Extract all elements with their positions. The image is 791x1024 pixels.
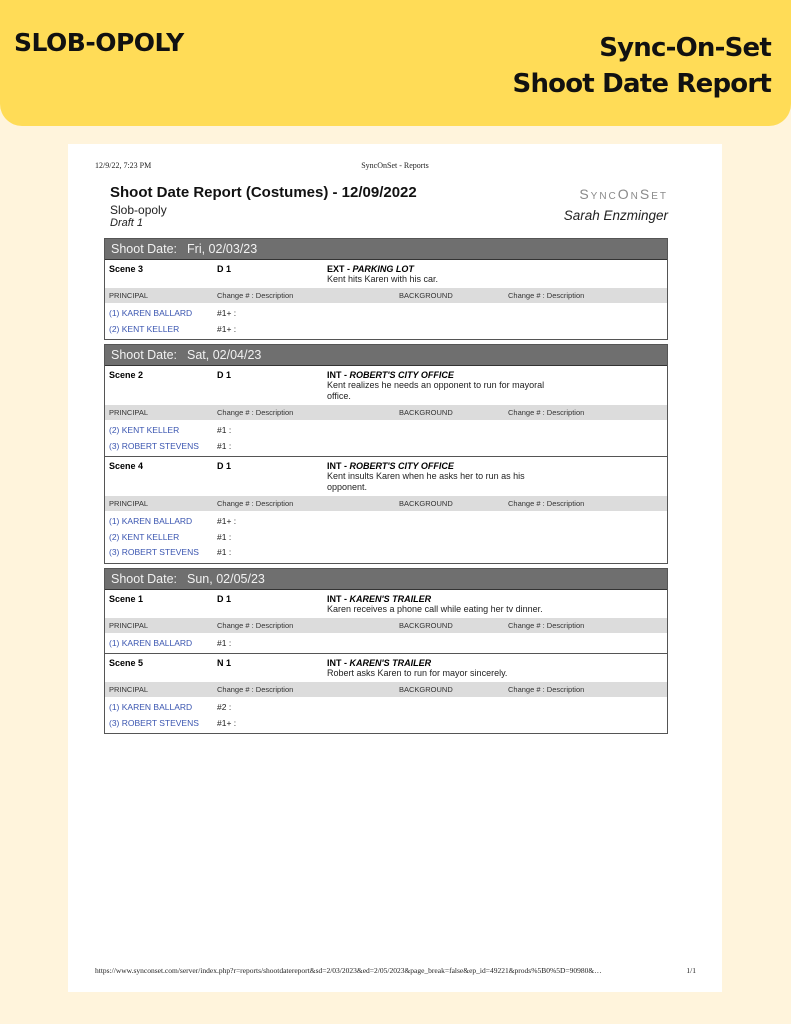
col-background: BACKGROUND — [399, 288, 508, 303]
scene-set: INT - ROBERT'S CITY OFFICEKent realizes … — [327, 370, 567, 402]
scene-entry: Scene 1D 1INT - KAREN'S TRAILERKaren rec… — [105, 590, 667, 655]
cast-row: (2) KENT KELLER#1+ : — [109, 322, 667, 338]
cast-row: (2) KENT KELLER#1 : — [109, 530, 667, 546]
col-background: BACKGROUND — [399, 496, 508, 511]
col-principal: PRINCIPAL — [109, 405, 217, 420]
col-background: BACKGROUND — [399, 405, 508, 420]
shoot-date-label: Shoot Date: — [111, 572, 177, 586]
scene-entry: Scene 3D 1EXT - PARKING LOTKent hits Kar… — [105, 260, 667, 339]
scene-day-night: D 1 — [217, 264, 327, 285]
cast-row: (1) KAREN BALLARD#1 : — [109, 636, 667, 652]
scene-set: INT - ROBERT'S CITY OFFICEKent insults K… — [327, 461, 567, 493]
scene-summary: Scene 1D 1INT - KAREN'S TRAILERKaren rec… — [105, 590, 667, 618]
cast-member-link[interactable]: (1) KAREN BALLARD — [109, 306, 217, 322]
synconset-logo: SyncOnSet — [579, 186, 668, 202]
cast-list: (1) KAREN BALLARD#1+ :(2) KENT KELLER#1 … — [105, 511, 667, 563]
col-background-change-description: Change # : Description — [508, 618, 628, 633]
app-name: Sync-On-Set — [513, 30, 771, 66]
cast-row: (2) KENT KELLER#1 : — [109, 423, 667, 439]
col-background-change-description: Change # : Description — [508, 288, 628, 303]
col-change-description: Change # : Description — [217, 682, 399, 697]
cast-row: (1) KAREN BALLARD#2 : — [109, 700, 667, 716]
col-background-change-description: Change # : Description — [508, 682, 628, 697]
cast-column-headers: PRINCIPALChange # : DescriptionBACKGROUN… — [105, 288, 667, 303]
scene-summary: Scene 5N 1INT - KAREN'S TRAILERRobert as… — [105, 654, 667, 682]
cast-column-headers: PRINCIPALChange # : DescriptionBACKGROUN… — [105, 682, 667, 697]
scene-set: EXT - PARKING LOTKent hits Karen with hi… — [327, 264, 567, 285]
shoot-date-block: Shoot Date:Sun, 02/05/23Scene 1D 1INT - … — [104, 568, 668, 735]
cast-row: (1) KAREN BALLARD#1+ : — [109, 306, 667, 322]
cast-list: (2) KENT KELLER#1 :(3) ROBERT STEVENS#1 … — [105, 420, 667, 456]
scene-entry: Scene 5N 1INT - KAREN'S TRAILERRobert as… — [105, 654, 667, 733]
cast-list: (1) KAREN BALLARD#1 : — [105, 633, 667, 654]
shoot-date-list: Shoot Date:Fri, 02/03/23Scene 3D 1EXT - … — [104, 238, 668, 738]
shoot-date-header: Shoot Date:Sun, 02/05/23 — [105, 569, 667, 590]
shoot-date-value: Fri, 02/03/23 — [187, 242, 257, 256]
scene-number: Scene 1 — [109, 594, 217, 615]
cast-change: #1+ : — [217, 514, 236, 530]
scene-number: Scene 2 — [109, 370, 217, 402]
scene-day-night: D 1 — [217, 594, 327, 615]
shoot-date-value: Sun, 02/05/23 — [187, 572, 265, 586]
scene-summary: Scene 4D 1INT - ROBERT'S CITY OFFICEKent… — [105, 457, 667, 496]
scene-setting: INT - KAREN'S TRAILER — [327, 658, 567, 668]
cast-change: #1+ : — [217, 716, 236, 732]
col-change-description: Change # : Description — [217, 405, 399, 420]
scene-location: KAREN'S TRAILER — [350, 658, 432, 668]
report-heading: Shoot Date Report (Costumes) - 12/09/202… — [110, 184, 668, 229]
col-principal: PRINCIPAL — [109, 618, 217, 633]
cast-column-headers: PRINCIPALChange # : DescriptionBACKGROUN… — [105, 496, 667, 511]
scene-number: Scene 3 — [109, 264, 217, 285]
banner-subtitle: Sync-On-Set Shoot Date Report — [513, 30, 771, 102]
cast-list: (1) KAREN BALLARD#1+ :(2) KENT KELLER#1+… — [105, 303, 667, 339]
scene-int-ext: INT - — [327, 370, 350, 380]
scene-description: Karen receives a phone call while eating… — [327, 604, 567, 615]
cast-member-link[interactable]: (1) KAREN BALLARD — [109, 636, 217, 652]
col-change-description: Change # : Description — [217, 288, 399, 303]
page-number: 1/1 — [686, 966, 696, 975]
print-footer: https://www.synconset.com/server/index.p… — [95, 966, 696, 975]
cast-change: #1 : — [217, 439, 231, 455]
cast-change: #1 : — [217, 545, 231, 561]
cast-column-headers: PRINCIPALChange # : DescriptionBACKGROUN… — [105, 618, 667, 633]
cast-member-link[interactable]: (2) KENT KELLER — [109, 530, 217, 546]
scene-day-night: N 1 — [217, 658, 327, 679]
scene-description: Kent realizes he needs an opponent to ru… — [327, 380, 567, 402]
col-principal: PRINCIPAL — [109, 288, 217, 303]
col-principal: PRINCIPAL — [109, 496, 217, 511]
cast-change: #1+ : — [217, 322, 236, 338]
cast-member-link[interactable]: (1) KAREN BALLARD — [109, 700, 217, 716]
cast-member-link[interactable]: (3) ROBERT STEVENS — [109, 439, 217, 455]
scene-location: ROBERT'S CITY OFFICE — [350, 370, 454, 380]
col-background-change-description: Change # : Description — [508, 405, 628, 420]
scene-setting: EXT - PARKING LOT — [327, 264, 567, 274]
col-background: BACKGROUND — [399, 682, 508, 697]
cast-row: (3) ROBERT STEVENS#1+ : — [109, 716, 667, 732]
print-title: SyncOnSet - Reports — [95, 161, 695, 170]
cast-change: #1 : — [217, 423, 231, 439]
report-page: 12/9/22, 7:23 PM SyncOnSet - Reports Sho… — [68, 144, 722, 992]
scene-number: Scene 4 — [109, 461, 217, 493]
scene-location: PARKING LOT — [353, 264, 414, 274]
shoot-date-value: Sat, 02/04/23 — [187, 348, 261, 362]
cast-change: #2 : — [217, 700, 231, 716]
scene-set: INT - KAREN'S TRAILERKaren receives a ph… — [327, 594, 567, 615]
scene-summary: Scene 2D 1INT - ROBERT'S CITY OFFICEKent… — [105, 366, 667, 405]
shoot-date-block: Shoot Date:Sat, 02/04/23Scene 2D 1INT - … — [104, 344, 668, 564]
scene-number: Scene 5 — [109, 658, 217, 679]
cast-member-link[interactable]: (3) ROBERT STEVENS — [109, 716, 217, 732]
col-change-description: Change # : Description — [217, 618, 399, 633]
cast-change: #1+ : — [217, 306, 236, 322]
cast-member-link[interactable]: (2) KENT KELLER — [109, 423, 217, 439]
scene-int-ext: INT - — [327, 461, 350, 471]
cast-column-headers: PRINCIPALChange # : DescriptionBACKGROUN… — [105, 405, 667, 420]
scene-summary: Scene 3D 1EXT - PARKING LOTKent hits Kar… — [105, 260, 667, 288]
col-background-change-description: Change # : Description — [508, 496, 628, 511]
scene-entry: Scene 4D 1INT - ROBERT'S CITY OFFICEKent… — [105, 457, 667, 563]
scene-setting: INT - ROBERT'S CITY OFFICE — [327, 461, 567, 471]
cast-row: (3) ROBERT STEVENS#1 : — [109, 545, 667, 561]
col-background: BACKGROUND — [399, 618, 508, 633]
scene-description: Robert asks Karen to run for mayor since… — [327, 668, 567, 679]
print-url: https://www.synconset.com/server/index.p… — [95, 966, 602, 975]
scene-int-ext: INT - — [327, 594, 350, 604]
print-header: 12/9/22, 7:23 PM SyncOnSet - Reports — [95, 161, 695, 170]
shoot-date-block: Shoot Date:Fri, 02/03/23Scene 3D 1EXT - … — [104, 238, 668, 340]
scene-entry: Scene 2D 1INT - ROBERT'S CITY OFFICEKent… — [105, 366, 667, 457]
cast-row: (1) KAREN BALLARD#1+ : — [109, 514, 667, 530]
scene-setting: INT - ROBERT'S CITY OFFICE — [327, 370, 567, 380]
cast-change: #1 : — [217, 530, 231, 546]
production-title: SLOB-OPOLY — [14, 28, 184, 57]
cast-row: (3) ROBERT STEVENS#1 : — [109, 439, 667, 455]
scene-day-night: D 1 — [217, 370, 327, 402]
scene-int-ext: INT - — [327, 658, 350, 668]
cast-member-link[interactable]: (2) KENT KELLER — [109, 322, 217, 338]
col-change-description: Change # : Description — [217, 496, 399, 511]
scene-int-ext: EXT - — [327, 264, 353, 274]
cast-member-link[interactable]: (1) KAREN BALLARD — [109, 514, 217, 530]
report-author: Sarah Enzminger — [564, 208, 668, 223]
scene-set: INT - KAREN'S TRAILERRobert asks Karen t… — [327, 658, 567, 679]
banner: SLOB-OPOLY Sync-On-Set Shoot Date Report — [0, 0, 791, 126]
shoot-date-label: Shoot Date: — [111, 242, 177, 256]
shoot-date-label: Shoot Date: — [111, 348, 177, 362]
cast-list: (1) KAREN BALLARD#2 :(3) ROBERT STEVENS#… — [105, 697, 667, 733]
scene-description: Kent insults Karen when he asks her to r… — [327, 471, 567, 493]
scene-location: KAREN'S TRAILER — [350, 594, 432, 604]
shoot-date-header: Shoot Date:Sat, 02/04/23 — [105, 345, 667, 366]
scene-day-night: D 1 — [217, 461, 327, 493]
col-principal: PRINCIPAL — [109, 682, 217, 697]
scene-location: ROBERT'S CITY OFFICE — [350, 461, 454, 471]
scene-description: Kent hits Karen with his car. — [327, 274, 567, 285]
cast-change: #1 : — [217, 636, 231, 652]
report-name: Shoot Date Report — [513, 66, 771, 102]
scene-setting: INT - KAREN'S TRAILER — [327, 594, 567, 604]
cast-member-link[interactable]: (3) ROBERT STEVENS — [109, 545, 217, 561]
shoot-date-header: Shoot Date:Fri, 02/03/23 — [105, 239, 667, 260]
